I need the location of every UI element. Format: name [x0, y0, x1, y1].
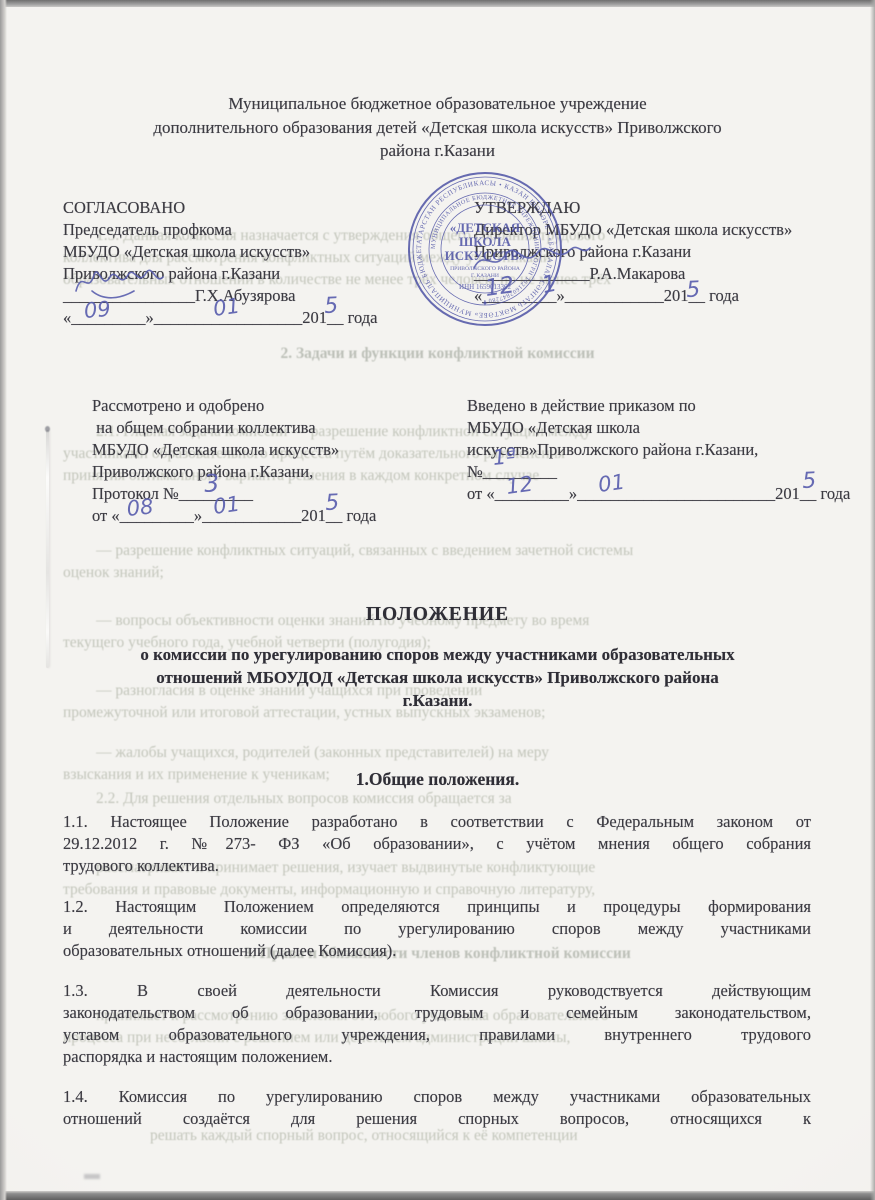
scan-edge-left	[0, 0, 7, 1200]
handwritten-text: 01	[597, 470, 627, 497]
scan-edge-top	[0, 0, 875, 7]
handwritten-text: 08	[125, 494, 154, 521]
handwritten-text: 01	[212, 492, 242, 519]
handwritten-text: 1ª	[491, 444, 517, 470]
handwritten-text: 12	[483, 272, 516, 302]
scan-edge-bottom	[0, 1191, 875, 1200]
handwritten-text: 5	[325, 490, 340, 516]
handwritten-text: 01	[212, 294, 242, 321]
handwritten-text: 1	[540, 271, 560, 299]
scan-edge-right	[870, 0, 875, 1200]
scanned-document-page: 1.5. Данная комиссия назначается с утвер…	[0, 0, 875, 1200]
handwritten-text: 5	[802, 468, 817, 494]
handwritten-text: 12	[505, 472, 535, 499]
handwritten-text: 5	[686, 277, 701, 303]
handwritten-text: 5	[324, 293, 339, 319]
handwriting-layer: 0901512153080151ª12015	[0, 0, 875, 1200]
handwritten-text: 09	[83, 297, 112, 323]
